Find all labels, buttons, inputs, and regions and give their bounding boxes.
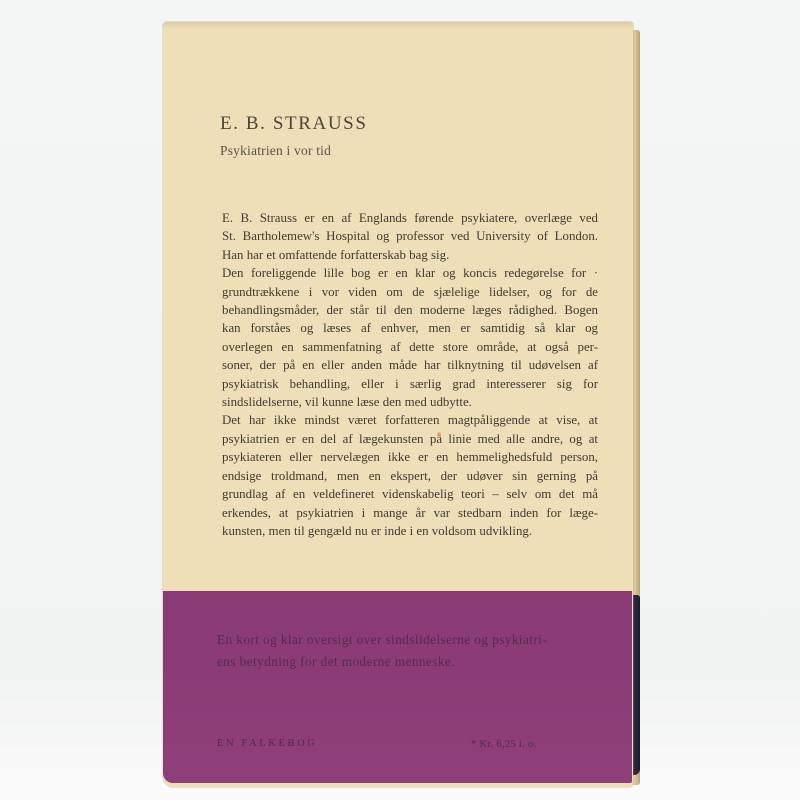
description-line: psykiateren eller nervelægen ikke er en …	[222, 448, 598, 466]
description-line: kan forståes og læses af enhver, men er …	[222, 319, 598, 337]
description-line: soner, der på en eller anden måde har ti…	[222, 356, 598, 374]
book-title: Psykiatrien i vor tid	[220, 143, 368, 159]
description-line: erkendes, at psykiatrien i mange år var …	[222, 504, 598, 522]
book-top-edge	[163, 22, 633, 27]
description-line: Den foreliggende lille bog er en klar og…	[222, 264, 598, 282]
description-line: overlegen en sammenfatning af dette stor…	[222, 338, 598, 356]
description-text: E. B. Strauss er en af Englands førende …	[222, 209, 598, 540]
blurb-line: En kort og klar oversigt over sindslidel…	[217, 629, 547, 651]
paper-stain	[437, 432, 441, 438]
description-line: grundtrækkene i vor viden om de sjælelig…	[222, 283, 598, 301]
description-line: grundlag af en veldefineret videnskabeli…	[222, 485, 598, 503]
description-line: kunsten, men til gengæld nu er inde i en…	[222, 522, 598, 540]
author-name: E. B. STRAUSS	[220, 113, 368, 135]
blurb-line: ens betydning for det moderne menneske.	[217, 651, 547, 673]
description-line: sindslidelserne, vil kunne læse den med …	[222, 393, 598, 411]
purple-band: En kort og klar oversigt over sindslidel…	[163, 591, 632, 783]
publisher-imprint: EN FALKEBOG	[217, 738, 317, 749]
description-line: E. B. Strauss er en af Englands førende …	[222, 209, 598, 227]
description-line: endsige troldmand, men en ekspert, der u…	[222, 467, 598, 485]
description-line: St. Bartholemew's Hospital og professor …	[222, 227, 598, 245]
price-label: * Kr. 6,25 i. o.	[471, 739, 536, 750]
blurb-text: En kort og klar oversigt over sindslidel…	[217, 629, 547, 673]
title-block: E. B. STRAUSS Psykiatrien i vor tid	[220, 113, 368, 159]
description-line: psykiatrisk behandling, eller i særlig g…	[222, 375, 598, 393]
description-line: behandlingsmåder, der står til den moder…	[222, 301, 598, 319]
description-line: psykiatrien er en del af lægekunsten på …	[222, 430, 598, 448]
description-line: Det har ikke mindst været forfatteren ma…	[222, 411, 598, 429]
description-line: Han har et omfattende forfatterskab bag …	[222, 246, 598, 264]
